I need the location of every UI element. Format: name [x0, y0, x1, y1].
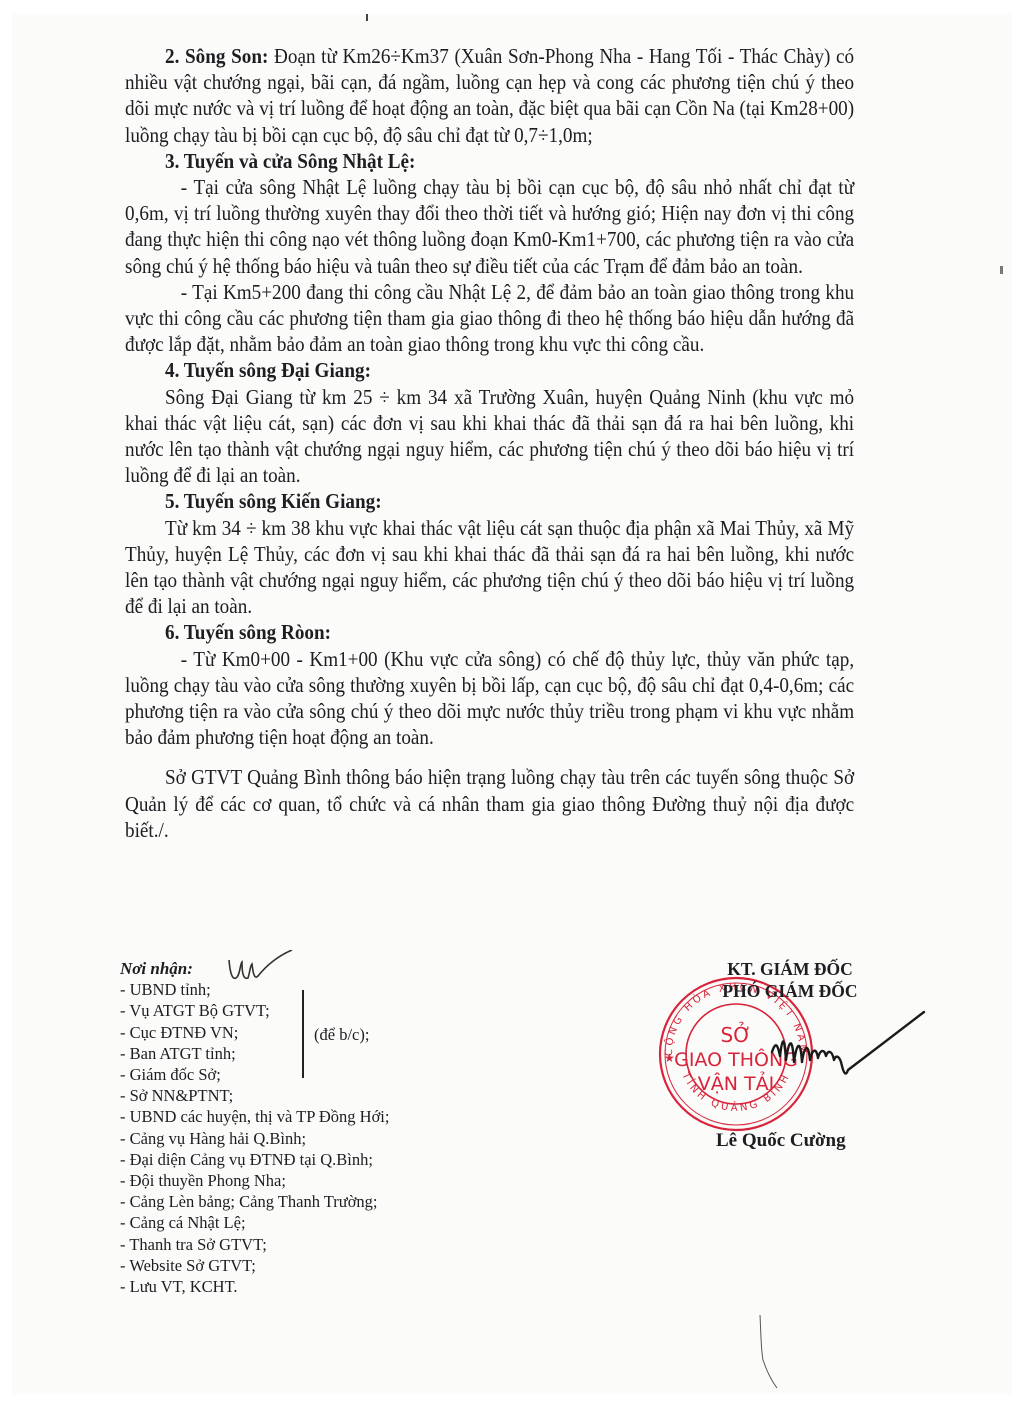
section-paragraph: Sông Đại Giang từ km 25 ÷ km 34 xã Trườn…: [125, 385, 854, 490]
recipients-title: Nơi nhận:: [120, 958, 389, 979]
section-paragraph: Từ km 34 ÷ km 38 khu vực khai thác vật l…: [125, 516, 854, 621]
signature-line-2: PHÓ GIÁM ĐỐC: [700, 980, 880, 1002]
section-heading: 6. Tuyến sông Ròon:: [125, 620, 854, 646]
recipient-item: - Sở NN&PTNT;: [120, 1085, 389, 1106]
section-paragraph: 2. Sông Son: Đoạn từ Km26÷Km37 (Xuân Sơn…: [125, 44, 854, 149]
recipient-item: - Lưu VT, KCHT.: [120, 1276, 389, 1297]
section-paragraph: - Tại cửa sông Nhật Lệ luồng chạy tàu bị…: [125, 175, 854, 280]
svg-text:SỞ: SỞ: [721, 1022, 752, 1047]
svg-text:VẬN TẢI: VẬN TẢI: [698, 1070, 774, 1095]
recipient-item: - Thanh tra Sở GTVT;: [120, 1234, 389, 1255]
recipient-item: - UBND tỉnh;: [120, 979, 389, 1000]
recipients-list: Nơi nhận: - UBND tỉnh;- Vụ ATGT Bộ GTVT;…: [120, 958, 389, 1297]
recipient-item: - Ban ATGT tỉnh;: [120, 1043, 389, 1064]
section-heading: 4. Tuyến sông Đại Giang:: [125, 358, 854, 384]
signature-line-1: KT. GIÁM ĐỐC: [700, 958, 880, 980]
signature-title: KT. GIÁM ĐỐC PHÓ GIÁM ĐỐC: [700, 958, 880, 1002]
recipient-item: - Cảng cá Nhật Lệ;: [120, 1212, 389, 1233]
document-body: 2. Sông Son: Đoạn từ Km26÷Km37 (Xuân Sơn…: [125, 44, 854, 844]
recipient-item: - Đại diện Cảng vụ ĐTNĐ tại Q.Bình;: [120, 1149, 389, 1170]
handwritten-signature: [770, 1010, 930, 1100]
signer-name: Lê Quốc Cường: [716, 1130, 846, 1152]
scan-speck: [1000, 266, 1003, 274]
recipients-bracket: [302, 990, 304, 1078]
recipient-item: - Giám đốc Sở;: [120, 1064, 389, 1085]
section-paragraph: - Từ Km0+00 - Km1+00 (Khu vực cửa sông) …: [125, 647, 854, 752]
recipient-item: - UBND các huyện, thị và TP Đồng Hới;: [120, 1106, 389, 1127]
recipient-item: - Đội thuyền Phong Nha;: [120, 1170, 389, 1191]
scan-scratch: [755, 1310, 785, 1390]
recipient-item: - Cảng Lèn bảng; Cảng Thanh Trường;: [120, 1191, 389, 1212]
section-heading: 3. Tuyến và cửa Sông Nhật Lệ:: [125, 149, 854, 175]
section-paragraph: - Tại Km5+200 đang thi công cầu Nhật Lệ …: [125, 280, 854, 359]
recipient-item: - Website Sở GTVT;: [120, 1255, 389, 1276]
section-lead: 2. Sông Son:: [165, 46, 268, 68]
section-heading: 5. Tuyến sông Kiến Giang:: [125, 489, 854, 515]
closing-paragraph: Sở GTVT Quảng Bình thông báo hiện trạng …: [125, 765, 854, 844]
scan-speck: [366, 14, 368, 21]
bracket-note: (để b/c);: [314, 1025, 369, 1045]
recipient-item: - Vụ ATGT Bộ GTVT;: [120, 1000, 389, 1021]
recipient-item: - Cảng vụ Hàng hải Q.Bình;: [120, 1128, 389, 1149]
